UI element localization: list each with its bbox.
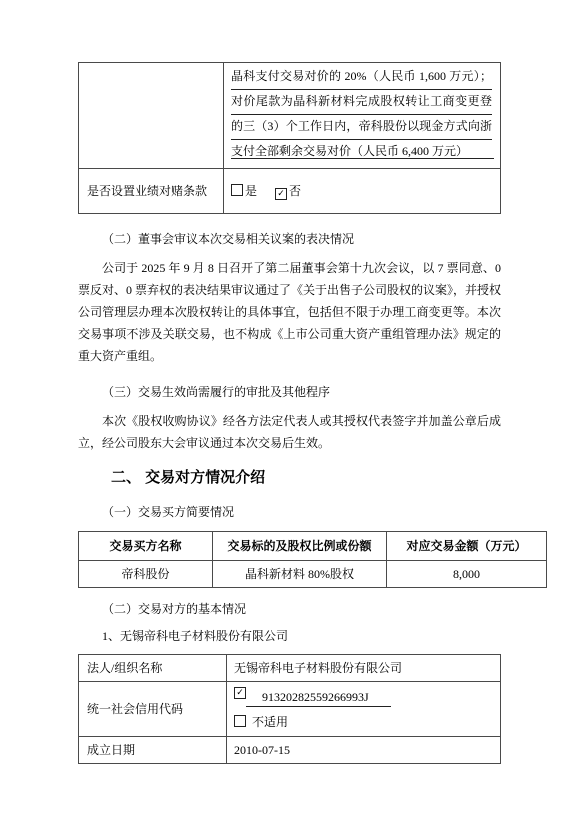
legal-name-label-cell: 法人/组织名称 <box>79 655 227 682</box>
credit-code-line: ✓91320282559266993J <box>234 684 493 710</box>
table-row: 是否设置业绩对赌条款 是✓否 <box>79 169 501 214</box>
checkbox-unchecked-icon <box>231 184 243 196</box>
check-mark-icon: ✓ <box>235 688 245 698</box>
check-mark-icon: ✓ <box>276 189 286 199</box>
document-content: 晶科支付交易对价的 20%（人民币 1,600 万元）；交易 对价尾款为晶科新材… <box>78 62 501 764</box>
company-list-item: 1、无锡帝科电子材料股份有限公司 <box>78 625 501 647</box>
payment-terms-table: 晶科支付交易对价的 20%（人民币 1,600 万元）；交易 对价尾款为晶科新材… <box>78 62 501 214</box>
buyer-name-cell: 帝科股份 <box>79 561 213 588</box>
table-row: 法人/组织名称 无锡帝科电子材料股份有限公司 <box>79 655 501 682</box>
payment-terms-value-cell: 晶科支付交易对价的 20%（人民币 1,600 万元）；交易 对价尾款为晶科新材… <box>224 63 501 169</box>
bet-clause-value-cell: 是✓否 <box>224 169 501 214</box>
checkbox-unchecked-icon <box>234 715 246 727</box>
paragraph-board-vote: 公司于 2025 年 9 月 8 日召开了第二届董事会第十九次会议，以 7 票同… <box>78 257 501 367</box>
target-equity-cell: 晶科新材料 80%股权 <box>213 561 387 588</box>
underlined-text-line: 的三（3）个工作日内，帝科股份以现金方式向浙江晶科 <box>231 115 492 140</box>
section-heading-counterparty-basic: （二）交易对方的基本情况 <box>78 598 501 620</box>
section-heading-approvals: （三）交易生效尚需履行的审批及其他程序 <box>78 381 501 403</box>
checkbox-label-yes: 是 <box>243 184 257 198</box>
paragraph-approvals: 本次《股权收购协议》经各方法定代表人或其授权代表签字并加盖公章后成立，经公司股东… <box>78 410 501 454</box>
underlined-text-line: 支付全部剩余交易对价（人民币 6,400 万元） <box>231 140 492 164</box>
column-header-amount: 对应交易金额（万元） <box>387 532 547 561</box>
document-page: 晶科支付交易对价的 20%（人民币 1,600 万元）；交易 对价尾款为晶科新材… <box>0 0 578 819</box>
credit-code-value: 91320282559266993J <box>246 688 391 707</box>
table-row: 帝科股份 晶科新材料 80%股权 8,000 <box>79 561 547 588</box>
buyer-summary-table: 交易买方名称 交易标的及股权比例或份额 对应交易金额（万元） 帝科股份 晶科新材… <box>78 531 547 588</box>
amount-cell: 8,000 <box>387 561 547 588</box>
checkbox-label-no: 否 <box>287 184 301 198</box>
not-applicable-label: 不适用 <box>246 715 288 729</box>
payment-terms-label-cell <box>79 63 224 169</box>
not-applicable-line: 不适用 <box>234 710 493 734</box>
company-info-table: 法人/组织名称 无锡帝科电子材料股份有限公司 统一社会信用代码 ✓9132028… <box>78 654 501 764</box>
table-header-row: 交易买方名称 交易标的及股权比例或份额 对应交易金额（万元） <box>79 532 547 561</box>
table-row: 统一社会信用代码 ✓91320282559266993J 不适用 <box>79 682 501 737</box>
underlined-text: 支付全部剩余交易对价（人民币 6,400 万元） <box>231 144 494 159</box>
credit-code-value-cell: ✓91320282559266993J 不适用 <box>227 682 501 737</box>
part-heading-counterparty-intro: 二、 交易对方情况介绍 <box>78 467 501 489</box>
bet-clause-label-cell: 是否设置业绩对赌条款 <box>79 169 224 214</box>
founding-date-value-cell: 2010-07-15 <box>227 737 501 764</box>
founding-date-label-cell: 成立日期 <box>79 737 227 764</box>
table-row: 成立日期 2010-07-15 <box>79 737 501 764</box>
column-header-target-equity: 交易标的及股权比例或份额 <box>213 532 387 561</box>
section-heading-buyer-summary: （一）交易买方简要情况 <box>78 501 501 523</box>
column-header-buyer-name: 交易买方名称 <box>79 532 213 561</box>
table-row: 晶科支付交易对价的 20%（人民币 1,600 万元）；交易 对价尾款为晶科新材… <box>79 63 501 169</box>
legal-name-value-cell: 无锡帝科电子材料股份有限公司 <box>227 655 501 682</box>
underlined-text-line: 晶科支付交易对价的 20%（人民币 1,600 万元）；交易 <box>231 65 492 90</box>
checkbox-checked-icon: ✓ <box>234 687 246 699</box>
credit-code-label-cell: 统一社会信用代码 <box>79 682 227 737</box>
section-heading-board-vote: （二）董事会审议本次交易相关议案的表决情况 <box>78 228 501 250</box>
underlined-text-line: 对价尾款为晶科新材料完成股权转让工商变更登记的后 <box>231 90 492 115</box>
checkbox-checked-icon: ✓ <box>275 188 287 200</box>
